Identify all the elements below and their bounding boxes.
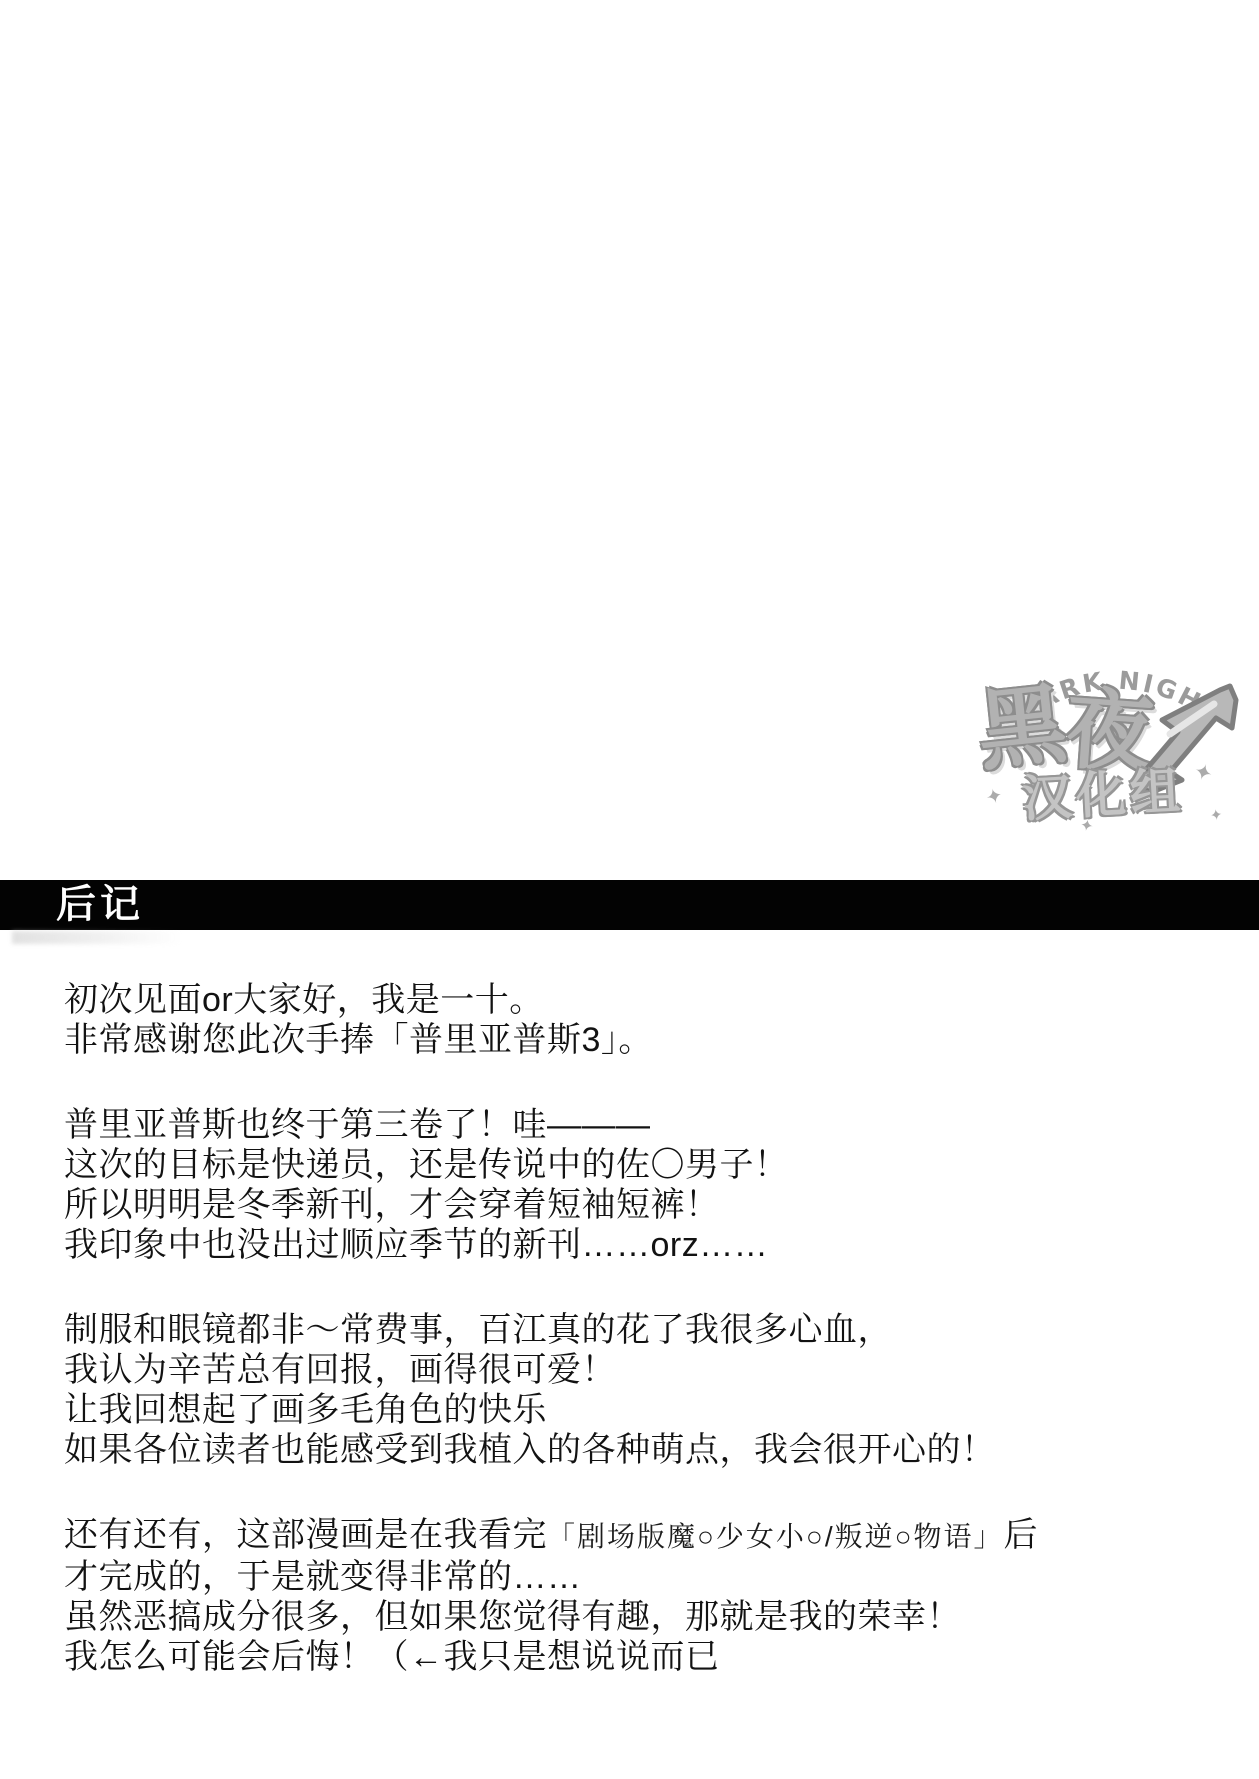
text-line: 所以明明是冬季新刊，才会穿着短袖短裤！ <box>64 1185 1204 1225</box>
star-icon: ✦ <box>1209 805 1224 825</box>
scanlation-group-logo: DARK NIGHT 黑夜 汉化组 ✦ ✦ ✦ ✦ <box>972 668 1259 848</box>
star-icon: ✦ <box>983 782 1006 810</box>
text-line: 非常感谢您此次手捧「普里亚普斯3」。 <box>64 1020 1204 1060</box>
afterword-text: 初次见面or大家好，我是一十。 非常感谢您此次手捧「普里亚普斯3」。 普里亚普斯… <box>64 980 1204 1722</box>
star-icon: ✦ <box>1078 815 1095 837</box>
logo-sub-text: 汉化组 <box>1021 766 1185 824</box>
text-line: 这次的目标是快递员，还是传说中的佐〇男子！ <box>64 1145 1204 1185</box>
paragraph-drawing: 制服和眼镜都非～常费事，百江真的花了我很多心血， 我认为辛苦总有回报，画得很可爱… <box>64 1310 1204 1470</box>
text-segment: 后 <box>1004 1516 1039 1554</box>
text-line: 我怎么可能会后悔！（←我只是想说说而已 <box>64 1637 1204 1677</box>
text-line: 普里亚普斯也终于第三卷了！哇——— <box>64 1105 1204 1145</box>
section-header-bar: 后记 <box>0 880 1259 930</box>
text-line: 我认为辛苦总有回报，画得很可爱！ <box>64 1350 1204 1390</box>
text-line: 如果各位读者也能感受到我植入的各种萌点，我会很开心的！ <box>64 1430 1204 1470</box>
scan-smudge <box>12 931 182 944</box>
afterword-page: DARK NIGHT 黑夜 汉化组 ✦ ✦ ✦ ✦ 后记 初次见面or大家好，我… <box>0 0 1259 1779</box>
text-line: 我印象中也没出过顺应季节的新刊……orz…… <box>64 1225 1204 1265</box>
text-line: 让我回想起了画多毛角色的快乐 <box>64 1390 1204 1430</box>
paragraph-greeting: 初次见面or大家好，我是一十。 非常感谢您此次手捧「普里亚普斯3」。 <box>64 980 1204 1060</box>
text-line: 才完成的，于是就变得非常的…… <box>64 1557 1204 1597</box>
text-segment: 还有还有，这部漫画是在我看完 <box>64 1516 547 1554</box>
movie-title-segment: 「剧场版魔○少女小○/叛逆○物语」 <box>547 1521 1004 1552</box>
text-line: 初次见面or大家好，我是一十。 <box>64 980 1204 1020</box>
paragraph-movie: 还有还有，这部漫画是在我看完「剧场版魔○少女小○/叛逆○物语」后 才完成的，于是… <box>64 1515 1204 1677</box>
text-line: 还有还有，这部漫画是在我看完「剧场版魔○少女小○/叛逆○物语」后 <box>64 1515 1204 1557</box>
paragraph-volume3: 普里亚普斯也终于第三卷了！哇——— 这次的目标是快递员，还是传说中的佐〇男子！ … <box>64 1105 1204 1265</box>
text-line: 虽然恶搞成分很多，但如果您觉得有趣，那就是我的荣幸！ <box>64 1597 1204 1637</box>
page-title: 后记 <box>56 885 144 924</box>
text-line: 制服和眼镜都非～常费事，百江真的花了我很多心血， <box>64 1310 1204 1350</box>
